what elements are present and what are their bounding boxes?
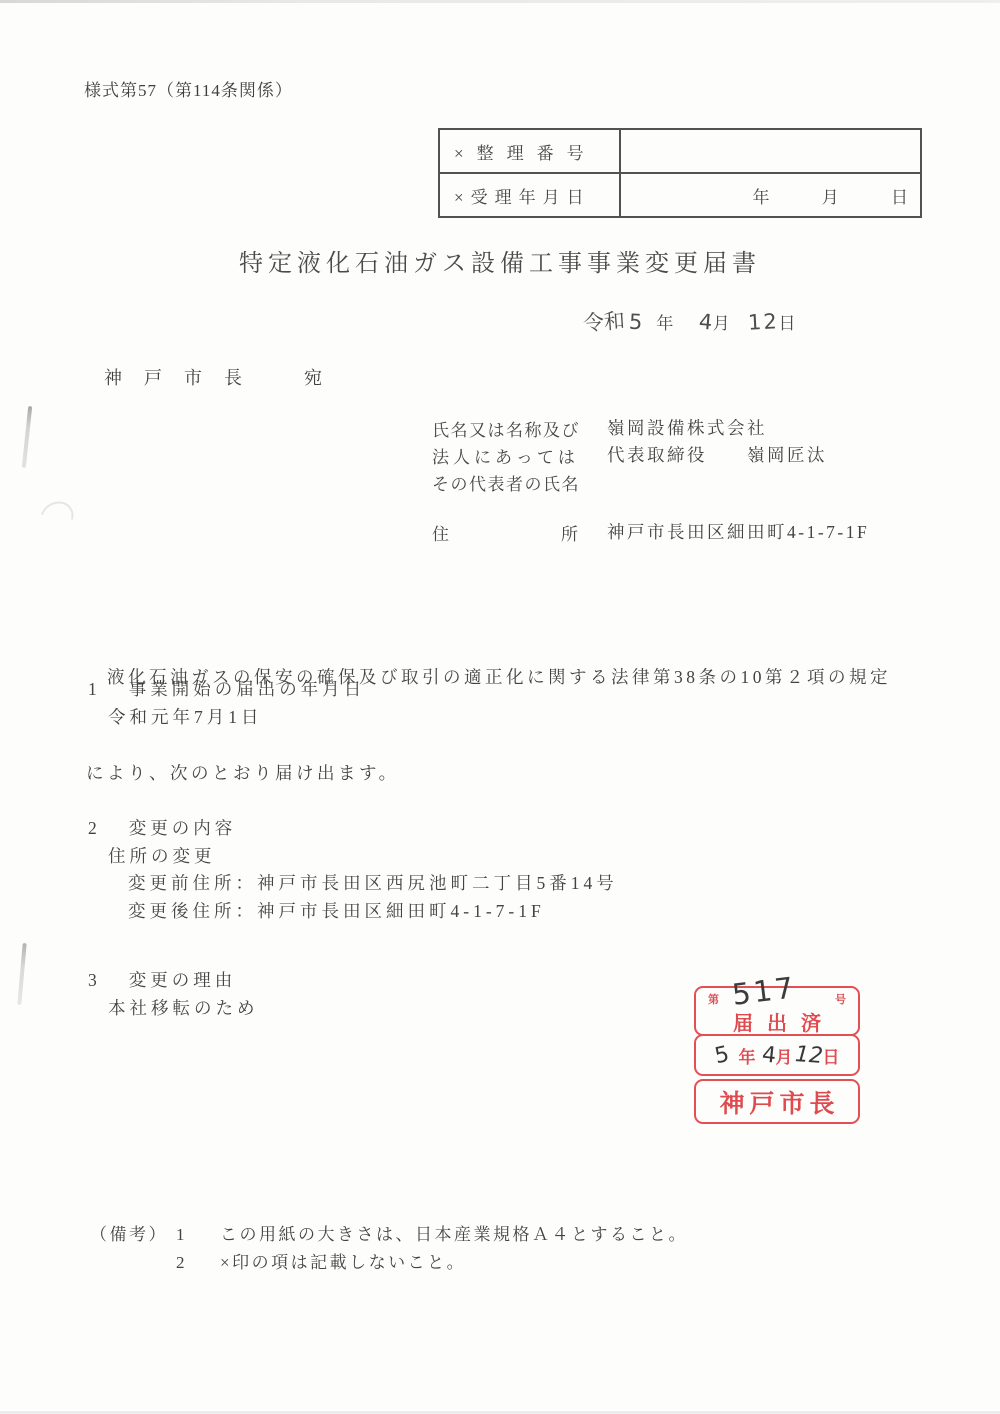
- stamp-status-text: 届出済: [696, 1007, 858, 1036]
- approval-stamp: 第 号 517 届出済 5 年 4 月 12 日 神戸市長: [694, 986, 860, 1124]
- remarks-label-spacer: [90, 1249, 176, 1277]
- company-name: 嶺岡設備株式会社: [607, 415, 767, 440]
- section2-number: 2: [88, 815, 101, 843]
- remark1-number: 1: [176, 1221, 220, 1249]
- received-day-placeholder: 日: [891, 188, 908, 207]
- name-label-line2: 法人にあっては: [432, 443, 579, 468]
- intro-line2: により、次のとおり届け出ます。: [86, 757, 891, 789]
- section-change-details: 2 変更の内容 住所の変更 変更前住所：神戸市長田区西尻池町二丁目5番14号 変…: [88, 815, 618, 925]
- received-year-placeholder: 年: [753, 188, 770, 207]
- company-address: 神戸市長田区細田町4-1-7-1F: [607, 519, 869, 544]
- remark2-number: 2: [176, 1249, 220, 1277]
- stamp-year-label: 年: [739, 1043, 756, 1068]
- change-type: 住所の変更: [108, 843, 618, 871]
- address-label-start: 住: [432, 520, 449, 545]
- section1-value: 令和元年7月1日: [108, 704, 365, 732]
- handwritten-month: 4: [698, 309, 713, 334]
- stamp-year-handwritten: 5: [712, 1041, 731, 1068]
- stamp-month-handwritten: 4: [760, 1042, 777, 1068]
- paper-curl-mark: [35, 496, 79, 539]
- section2-heading: 2 変更の内容: [88, 815, 618, 843]
- addressee-line: 神 戸 市 長 宛: [104, 364, 324, 390]
- address-label: 住 所: [432, 520, 578, 545]
- stamp-date-box: 5 年 4 月 12 日: [694, 1034, 860, 1076]
- remarks-label: （備考）: [90, 1221, 176, 1249]
- new-address: 変更後住所：神戸市長田区細田町4-1-7-1F: [128, 898, 618, 926]
- stamp-number-prefix: 第: [708, 991, 719, 1007]
- handwritten-year: 5: [628, 310, 643, 335]
- stamp-day-label: 日: [823, 1043, 840, 1068]
- name-label-line3: その代表者の氏名: [432, 470, 580, 495]
- section-change-reason: 3 変更の理由 本社移転のため: [88, 967, 259, 1022]
- received-date-label: ×受理年月日: [439, 173, 620, 217]
- registry-table: ×整理番号 ×受理年月日 年 月 日: [438, 128, 922, 218]
- section1-title: 事業開始の届出の年月日: [129, 676, 366, 704]
- form-code: 様式第57（第114条関係）: [84, 76, 293, 101]
- year-label: 年: [656, 309, 673, 334]
- stamp-number-suffix: 号: [835, 991, 846, 1007]
- scan-edge-top: [0, 0, 1000, 3]
- section3-title: 変更の理由: [129, 967, 237, 995]
- stamp-issuer: 神戸市長: [694, 1079, 860, 1124]
- remarks-block: （備考） 1 この用紙の大きさは、日本産業規格Ａ４とすること。 2 ×印の項は記…: [90, 1221, 688, 1277]
- remark2-text: ×印の項は記載しないこと。: [220, 1249, 688, 1277]
- address-label-end: 所: [561, 520, 578, 545]
- staple-mark: [17, 943, 26, 1005]
- old-address: 変更前住所：神戸市長田区西尻池町二丁目5番14号: [128, 870, 618, 898]
- received-date-row: ×受理年月日 年 月 日: [439, 173, 921, 217]
- document-title: 特定液化石油ガス設備工事事業変更届書: [0, 243, 1000, 278]
- representative-name: 代表取締役 嶺岡匠汰: [607, 442, 827, 467]
- name-label-line1: 氏名又は名称及び: [432, 416, 580, 441]
- section1-number: 1: [88, 676, 101, 704]
- section3-heading: 3 変更の理由: [88, 967, 259, 995]
- section3-number: 3: [88, 967, 101, 995]
- scanned-form-page: 様式第57（第114条関係） ×整理番号 ×受理年月日 年 月 日 特定液化石油…: [0, 0, 1000, 1414]
- serial-number-value: [620, 129, 921, 173]
- section2-title: 変更の内容: [129, 815, 237, 843]
- section1-heading: 1 事業開始の届出の年月日: [88, 676, 365, 704]
- serial-number-row: ×整理番号: [439, 129, 921, 173]
- stamp-month-label: 月: [776, 1043, 793, 1068]
- section-start-date: 1 事業開始の届出の年月日 令和元年7月1日: [88, 676, 365, 731]
- handwritten-era: 令和: [582, 305, 626, 338]
- remark1-text: この用紙の大きさは、日本産業規格Ａ４とすること。: [220, 1221, 688, 1249]
- serial-number-label: ×整理番号: [439, 129, 620, 173]
- received-date-value: 年 月 日: [620, 173, 921, 217]
- received-month-placeholder: 月: [822, 188, 839, 207]
- staple-mark: [22, 406, 32, 468]
- month-label: 月: [713, 309, 730, 334]
- stamp-status-box: 第 号 517 届出済: [694, 986, 860, 1036]
- submission-date: 令和 5 年 4 月 12 日: [583, 306, 795, 336]
- handwritten-day: 12: [747, 309, 779, 335]
- change-reason: 本社移転のため: [108, 995, 259, 1023]
- stamp-day-handwritten: 12: [794, 1042, 824, 1069]
- day-label: 日: [778, 309, 795, 334]
